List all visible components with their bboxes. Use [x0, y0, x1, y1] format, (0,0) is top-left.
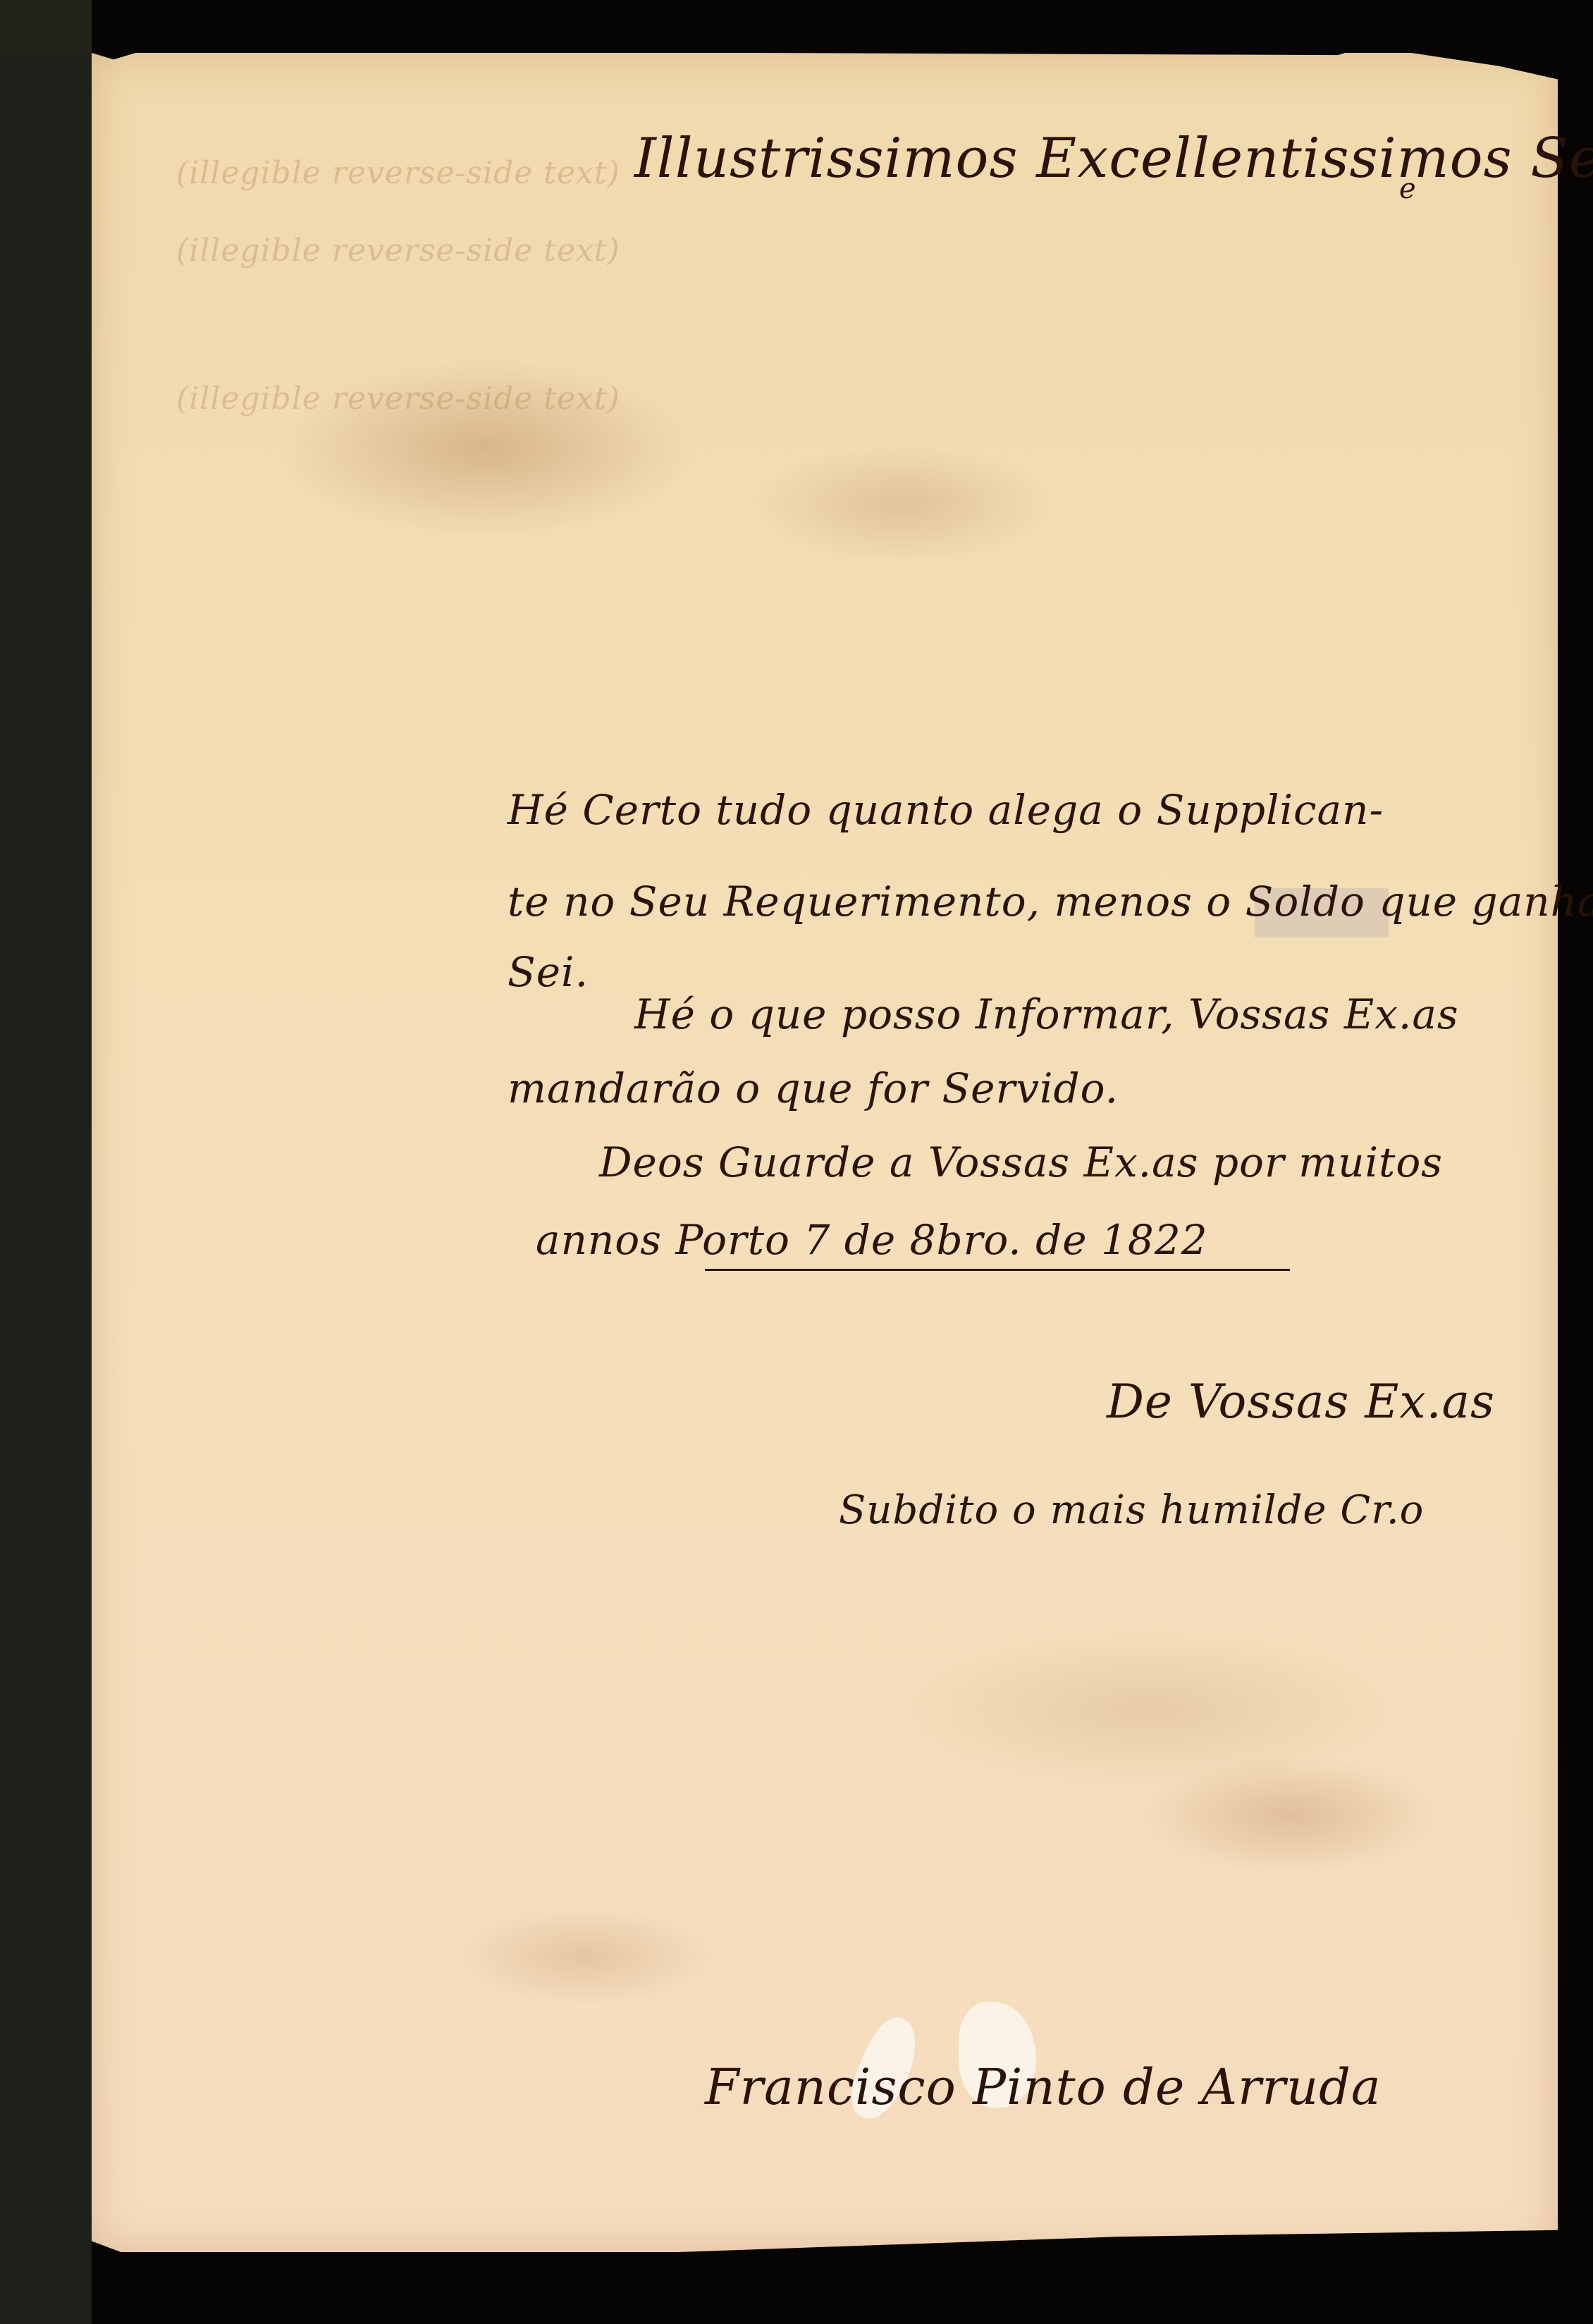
body-line-6: Deos Guarde a Vossas Ex.as por muitos	[599, 1138, 1443, 1186]
show-through-text: (illegible reverse-side text)	[176, 381, 620, 417]
left-board-top	[0, 0, 92, 53]
signature: Francisco Pinto de Arruda	[705, 2058, 1382, 2116]
closing-line-2: Subdito o mais humilde Cr.o	[839, 1487, 1424, 1533]
show-through-text: (illegible reverse-side text)	[176, 233, 620, 269]
left-binding-board	[0, 0, 92, 2324]
body-line-5: mandarão o que for Servido.	[508, 1064, 1119, 1112]
body-line-2: te no Seu Requerimento, menos o Soldo qu…	[508, 878, 1593, 926]
body-line-3: Sei.	[508, 948, 589, 996]
body-line-4: Hé o que posso Informar, Vossas Ex.as	[634, 990, 1459, 1038]
date-underline	[705, 1269, 1290, 1271]
body-line-7-date: annos Porto 7 de 8bro. de 1822	[536, 1216, 1208, 1264]
salutation: Illustrissimos Excellentissimos Senhores	[634, 127, 1593, 190]
salutation-continuation: e	[1399, 173, 1417, 205]
body-line-1: Hé Certo tudo quanto alega o Supplican-	[508, 786, 1384, 834]
show-through-text: (illegible reverse-side text)	[176, 155, 620, 191]
closing-line-1: De Vossas Ex.as	[1107, 1375, 1495, 1429]
